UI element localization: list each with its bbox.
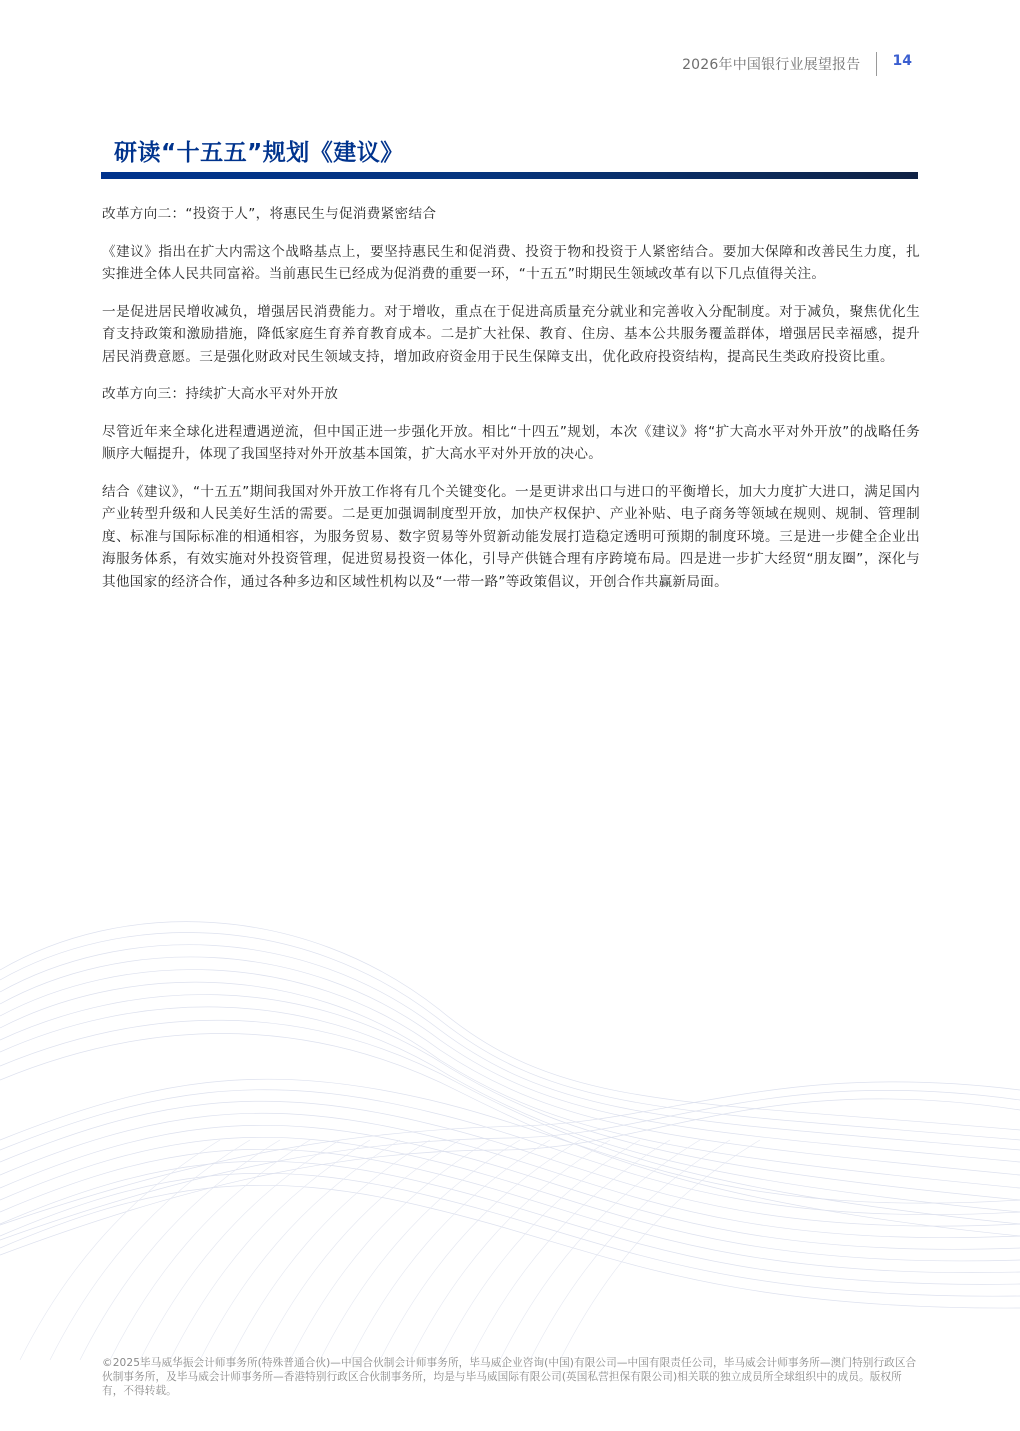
body-content: 改革方向二：“投资于人”，将惠民生与促消费紧密结合 《建议》指出在扩大内需这个战… xyxy=(102,203,920,608)
paragraph: 尽管近年来全球化进程遭遇逆流，但中国正进一步强化开放。相比“十四五”规划，本次《… xyxy=(102,421,920,466)
page-header: 2026年中国银行业展望报告 14 xyxy=(682,50,912,78)
reform-direction-3-heading: 改革方向三：持续扩大高水平对外开放 xyxy=(102,383,920,406)
paragraph: 结合《建议》，“十五五”期间我国对外开放工作将有几个关键变化。一是更讲求出口与进… xyxy=(102,481,920,594)
title-underline-bar xyxy=(101,172,918,179)
header-divider xyxy=(876,52,877,76)
paragraph: 一是促进居民增收减负，增强居民消费能力。对于增收，重点在于促进高质量充分就业和完… xyxy=(102,301,920,369)
paragraph: 《建议》指出在扩大内需这个战略基点上，要坚持惠民生和促消费、投资于物和投资于人紧… xyxy=(102,241,920,286)
copyright-footer: ©2025毕马威华振会计师事务所(特殊普通合伙)—中国合伙制会计师事务所，毕马威… xyxy=(102,1356,922,1398)
document-title: 2026年中国银行业展望报告 xyxy=(682,54,860,74)
decorative-wave-background xyxy=(0,900,1020,1360)
reform-direction-2-heading: 改革方向二：“投资于人”，将惠民生与促消费紧密结合 xyxy=(102,203,920,226)
page-number: 14 xyxy=(893,53,912,69)
section-title: 研读“十五五”规划《建议》 xyxy=(114,134,404,167)
